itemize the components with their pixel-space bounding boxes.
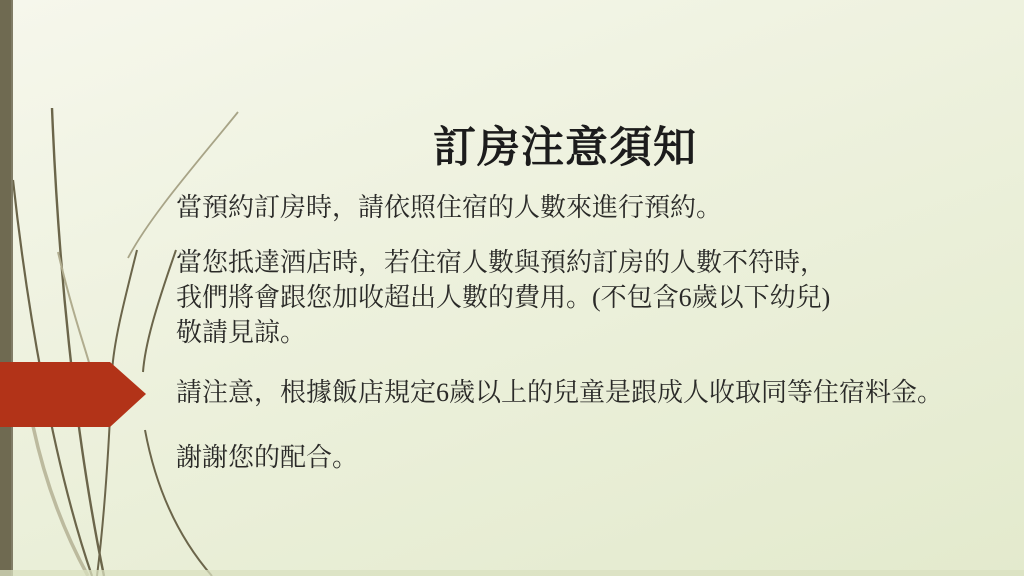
paragraph-line: 請注意，根據飯店規定6歲以上的兒童是跟成人收取同等住宿料金。 bbox=[176, 375, 986, 410]
red-arrow-polygon bbox=[0, 362, 146, 427]
red-arrow-shape bbox=[0, 0, 150, 576]
paragraph-line: 當預約訂房時，請依照住宿的人數來進行預約。 bbox=[176, 190, 986, 225]
paragraph-booking-count: 當預約訂房時，請依照住宿的人數來進行預約。 bbox=[176, 190, 986, 225]
paragraph-thanks: 謝謝您的配合。 bbox=[176, 440, 986, 475]
bottom-edge-shade bbox=[0, 570, 1024, 576]
paragraph-arrival-policy: 當您抵達酒店時，若住宿人數與預約訂房的人數不符時， 我們將會跟您加收超出人數的費… bbox=[176, 245, 986, 350]
paragraph-children-fee: 請注意，根據飯店規定6歲以上的兒童是跟成人收取同等住宿料金。 bbox=[176, 375, 986, 410]
slide-title: 訂房注意須知 bbox=[180, 124, 950, 174]
paragraph-line: 敬請見諒。 bbox=[176, 315, 986, 350]
paragraph-line: 當您抵達酒店時，若住宿人數與預約訂房的人數不符時， bbox=[176, 245, 986, 280]
paragraph-line: 謝謝您的配合。 bbox=[176, 440, 986, 475]
presentation-slide: 訂房注意須知 當預約訂房時，請依照住宿的人數來進行預約。 當您抵達酒店時，若住宿… bbox=[0, 0, 1024, 576]
paragraph-line: 我們將會跟您加收超出人數的費用。(不包含6歲以下幼兒) bbox=[176, 280, 986, 315]
